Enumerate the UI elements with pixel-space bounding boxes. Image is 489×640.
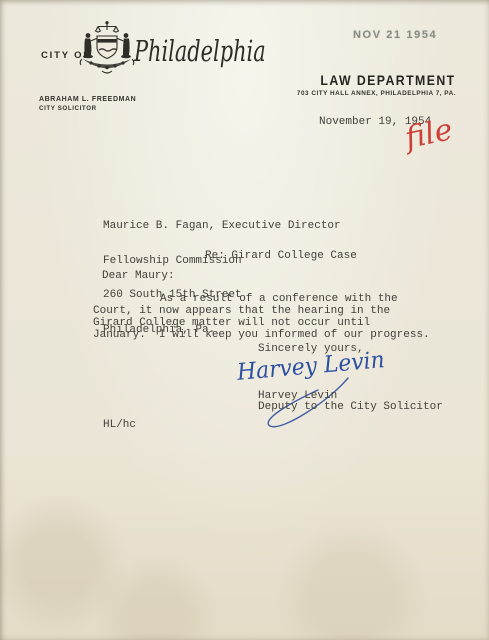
salutation: Dear Maury: xyxy=(102,271,175,283)
solicitor-name: ABRAHAM L. FREEDMAN xyxy=(39,96,136,103)
body-line: Court, it now appears that the hearing i… xyxy=(93,306,390,318)
department-address: 703 CITY HALL ANNEX, PHILADELPHIA 7, PA. xyxy=(297,90,456,97)
body-line: Girard College matter will not occur unt… xyxy=(93,318,370,330)
received-date-stamp: NOV 21 1954 xyxy=(353,29,437,41)
solicitor-title: CITY SOLICITOR xyxy=(39,105,97,112)
reference-initials: HL/hc xyxy=(103,420,136,432)
signed-title: Deputy to the City Solicitor xyxy=(258,402,443,414)
department-title: LAW DEPARTMENT xyxy=(321,72,456,88)
philadelphia-seal-icon xyxy=(76,21,138,81)
letter-document: NOV 21 1954 CITY OF xyxy=(0,0,489,640)
recipient-line: Maurice B. Fagan, Executive Director xyxy=(103,221,341,233)
letterhead-city-name: Philadelphia xyxy=(134,34,266,68)
body-line: January. I will keep you informed of our… xyxy=(93,330,430,342)
re-line: Re: Girard College Case xyxy=(205,251,357,263)
body-line: As a result of a conference with the xyxy=(160,294,398,306)
